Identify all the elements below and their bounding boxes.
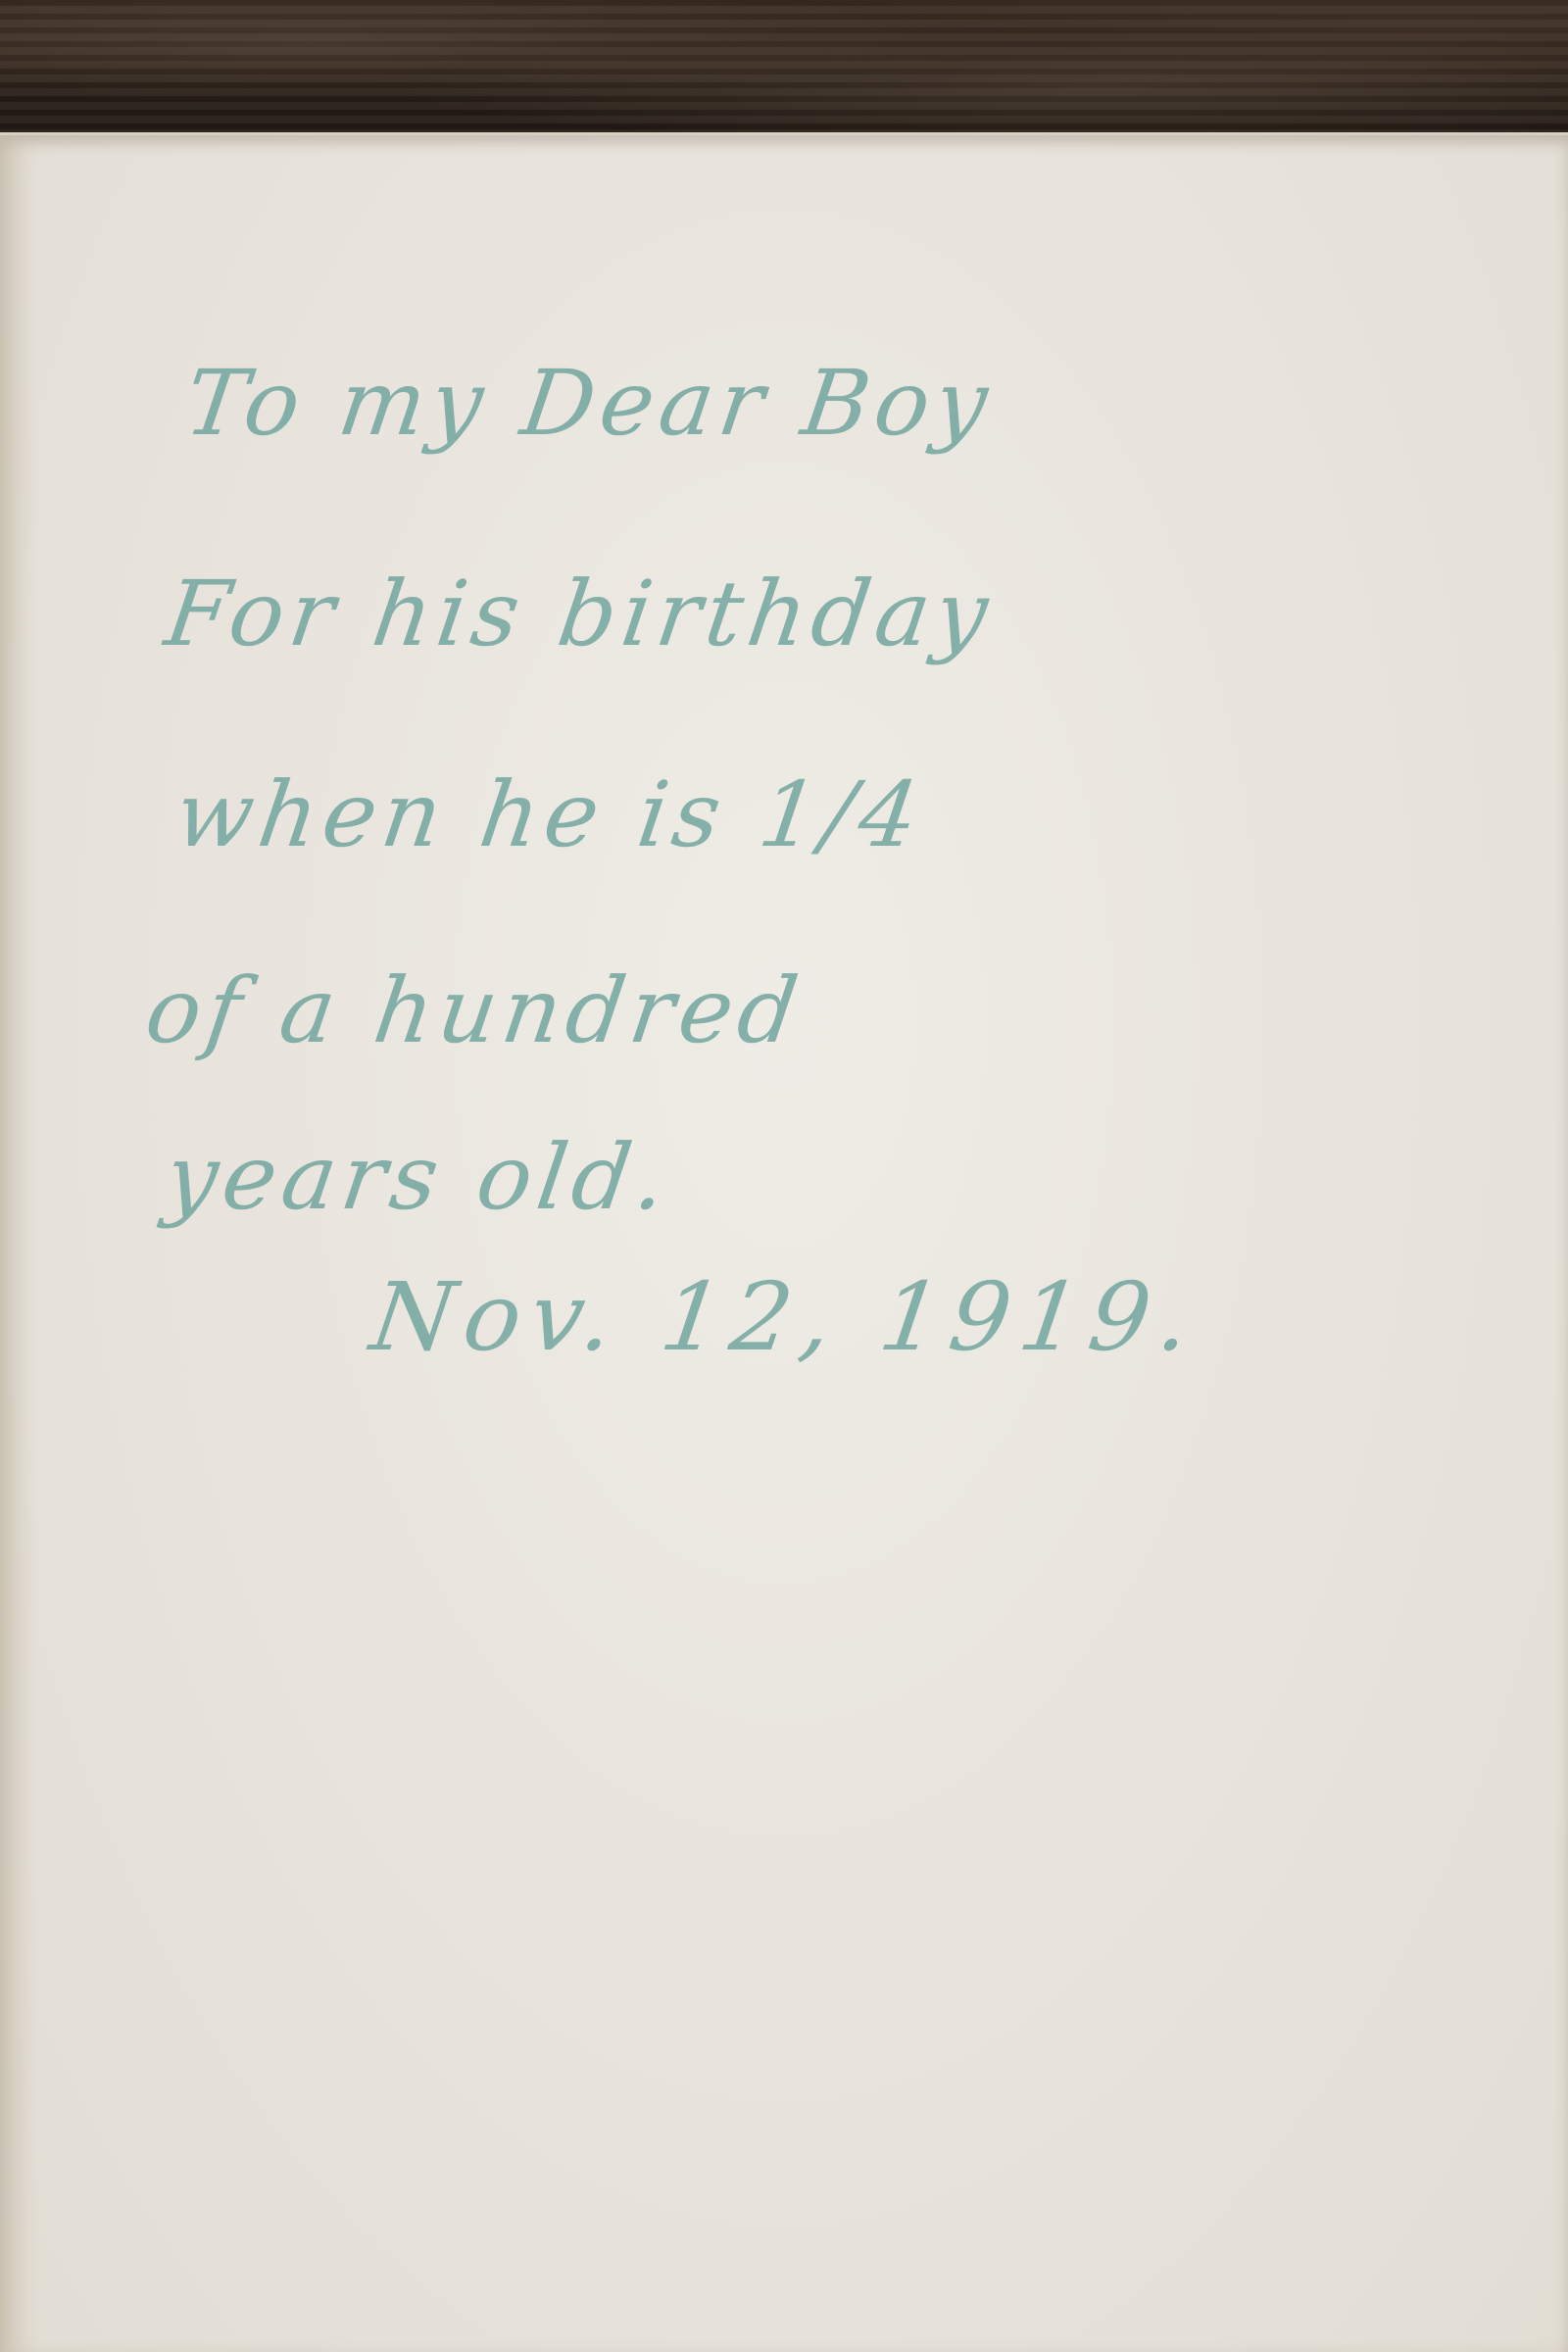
inscription-line-5: years old.	[159, 1125, 678, 1230]
wooden-surface	[0, 0, 1568, 147]
inscription-line-2: For his birthday	[159, 562, 1000, 666]
inscription-date: Nov. 12, 1919.	[365, 1262, 1206, 1372]
inscription-line-4: of a hundred	[139, 958, 809, 1063]
inscription-line-1: To my Dear Boy	[178, 351, 1000, 456]
inscription-line-3: when he is 1/4	[169, 762, 930, 867]
book-flyleaf-page: To my Dear Boy For his birthday when he …	[0, 132, 1568, 2352]
